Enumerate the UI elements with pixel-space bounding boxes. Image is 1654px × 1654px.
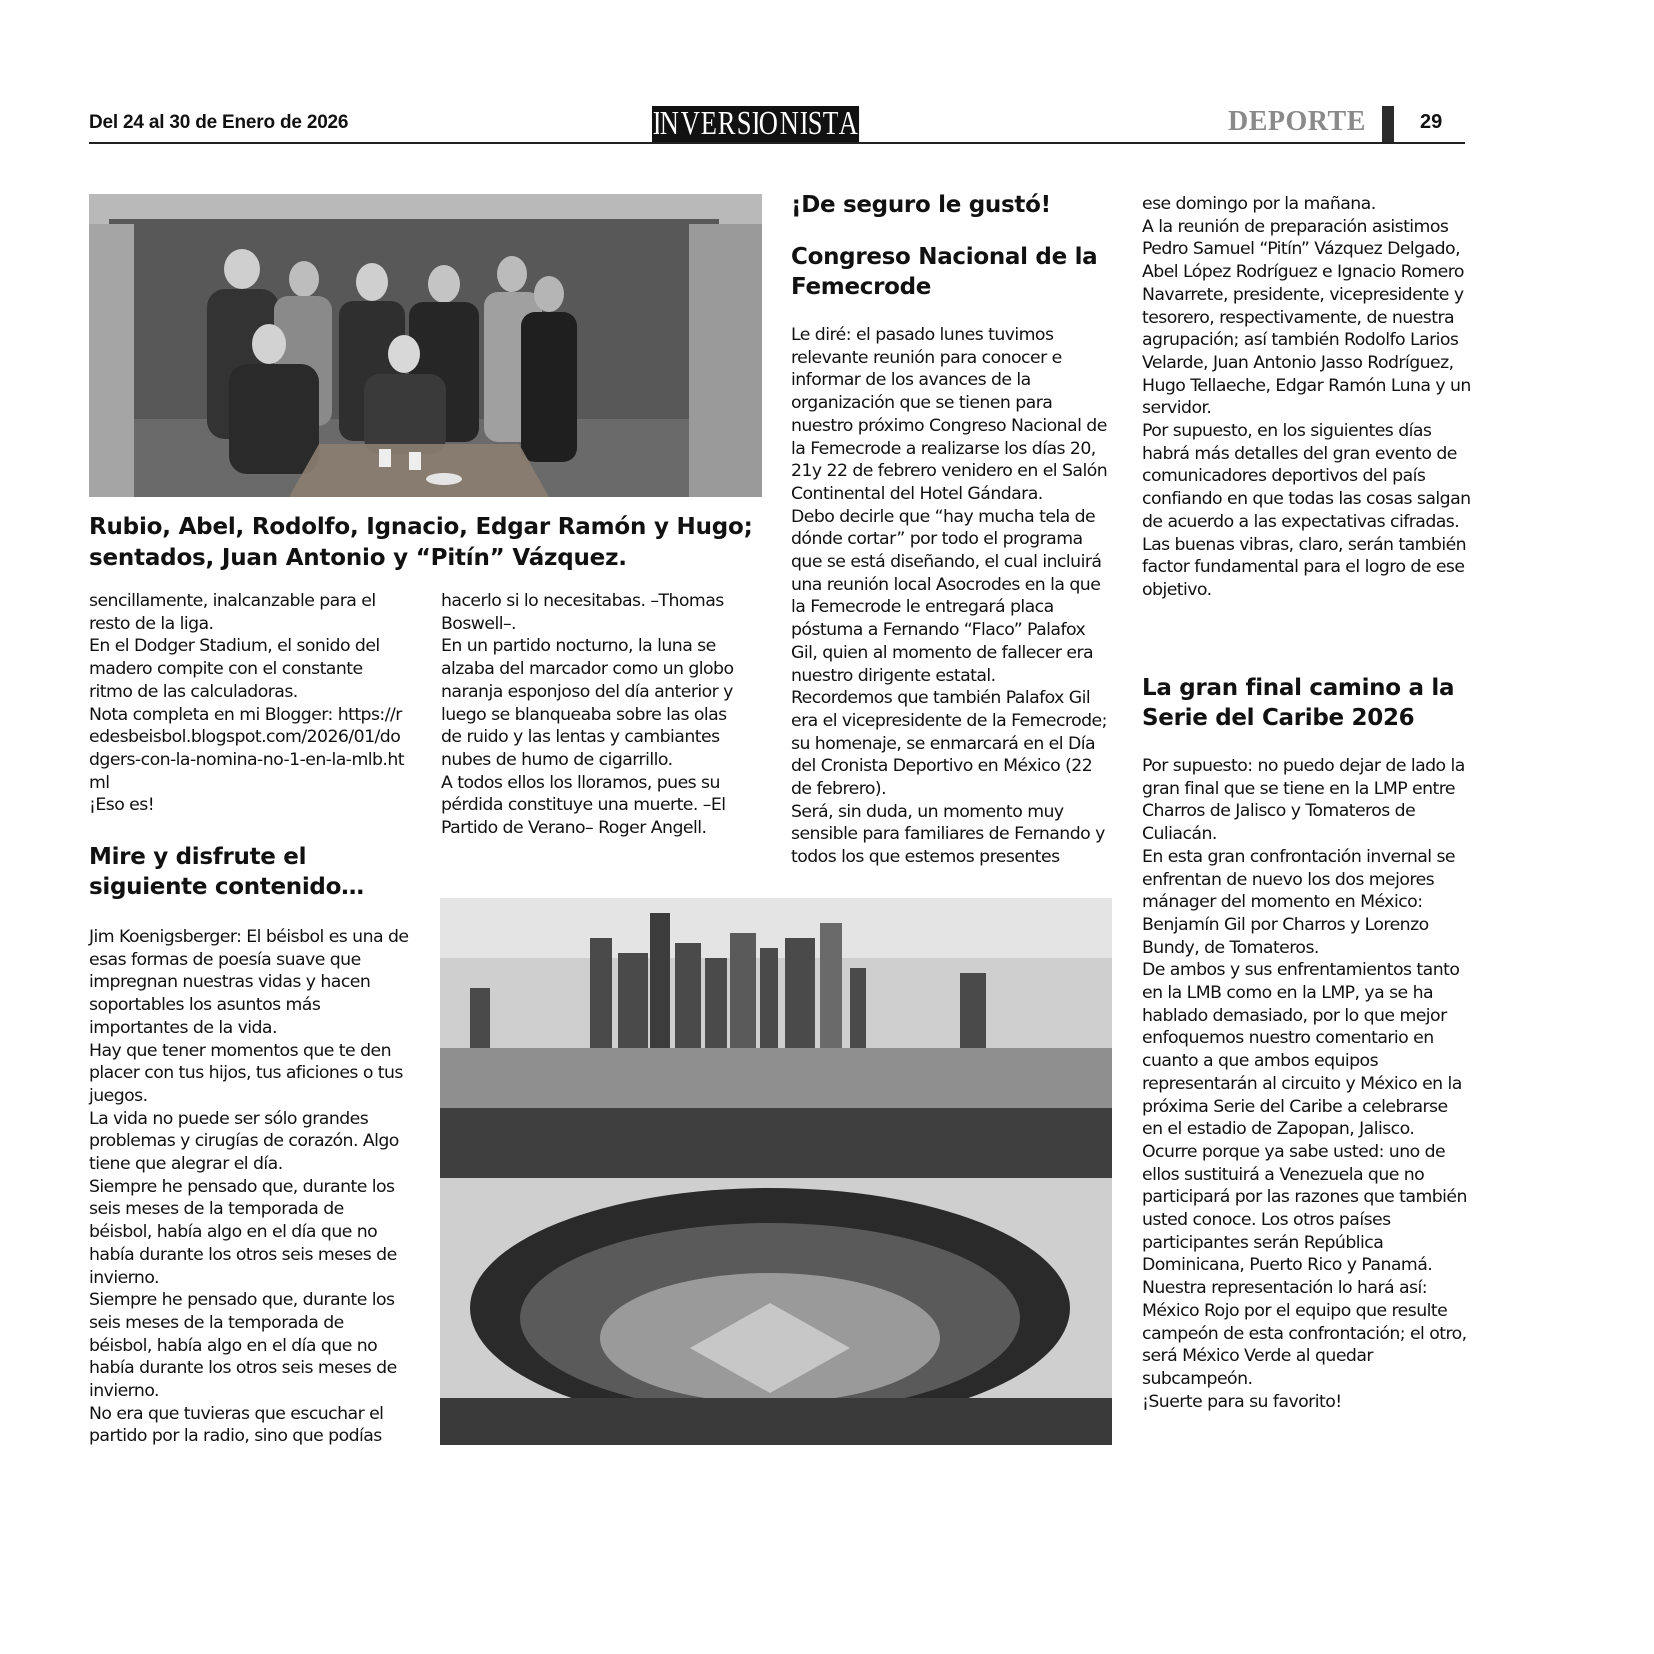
paragraph: Las buenas vibras, claro, serán también …: [1142, 534, 1472, 602]
paragraph: ese domingo por la mañana.: [1142, 193, 1472, 216]
paragraph: Por supuesto, en los siguientes días hab…: [1142, 420, 1472, 534]
paragraph: ¡Suerte para su favorito!: [1142, 1391, 1472, 1414]
article-heading: Mire y disfrute el siguiente contenido…: [89, 842, 429, 902]
paragraph: Ocurre porque ya sabe usted: uno de ello…: [1142, 1141, 1472, 1277]
paragraph: Recordemos que también Palafox Gil era e…: [791, 687, 1116, 801]
stadium-photo-illustration: [440, 898, 1112, 1445]
paragraph: Jim Koenigsberger: El béisbol es una de …: [89, 926, 409, 1040]
masthead-letter: E: [700, 106, 718, 142]
masthead-letter: S: [736, 106, 752, 142]
paragraph: En el Dodger Stadium, el sonido del made…: [89, 635, 409, 703]
masthead-letter: O: [758, 106, 779, 142]
paragraph: hacerlo si lo necesitabas. –Thomas Boswe…: [441, 590, 751, 635]
article-body: Le diré: el pasado lunes tuvimos relevan…: [791, 324, 1116, 869]
group-photo: [89, 194, 762, 497]
article-body: Por supuesto: no puedo dejar de lado la …: [1142, 755, 1472, 1413]
masthead-letter: T: [822, 106, 840, 142]
group-photo-illustration: [89, 194, 762, 497]
masthead-letter: S: [807, 106, 823, 142]
article-congreso-nacional: ¡De seguro le gustó! Congreso Nacional d…: [791, 190, 1121, 869]
issue-date: Del 24 al 30 de Enero de 2026: [89, 112, 348, 134]
masthead-letter: N: [659, 106, 680, 142]
column-4-continuation: ese domingo por la mañana. A la reunión …: [1142, 193, 1472, 602]
paragraph: Debo decirle que “hay mucha tela de dónd…: [791, 506, 1116, 688]
masthead-letter: R: [717, 106, 736, 142]
article-mire-y-disfrute: Mire y disfrute el siguiente contenido… …: [89, 842, 429, 1448]
masthead-logo: INVERSIONISTA: [652, 106, 858, 142]
paragraph: Hay que tener momentos que te den placer…: [89, 1040, 409, 1108]
paragraph: sencillamente, inalcanzable para el rest…: [89, 590, 409, 635]
column-1-continuation: sencillamente, inalcanzable para el rest…: [89, 590, 409, 817]
paragraph: A todos ellos los lloramos, pues su pérd…: [441, 772, 751, 840]
paragraph: Nota completa en mi Blogger: https://red…: [89, 704, 409, 795]
stadium-photo: [440, 898, 1112, 1445]
paragraph: Le diré: el pasado lunes tuvimos relevan…: [791, 324, 1116, 506]
paragraph: Siempre he pensado que, durante los seis…: [89, 1176, 409, 1290]
paragraph: A la reunión de preparación asistimos Pe…: [1142, 216, 1472, 420]
masthead-letter: A: [838, 106, 859, 142]
paragraph: De ambos y sus enfrentamientos tanto en …: [1142, 959, 1472, 1141]
paragraph: Siempre he pensado que, durante los seis…: [89, 1289, 409, 1403]
article-body: Jim Koenigsberger: El béisbol es una de …: [89, 926, 409, 1448]
photo-caption: Rubio, Abel, Rodolfo, Ignacio, Edgar Ram…: [89, 512, 769, 574]
masthead-letter: V: [680, 106, 701, 142]
paragraph: En esta gran confrontación invernal se e…: [1142, 846, 1472, 960]
page-number: 29: [1420, 111, 1442, 134]
paragraph: ¡Eso es!: [89, 794, 409, 817]
section-divider-bar: [1382, 106, 1394, 144]
article-gran-final: La gran final camino a la Serie del Cari…: [1142, 673, 1472, 1413]
paragraph: Por supuesto: no puedo dejar de lado la …: [1142, 755, 1472, 846]
article-kicker: ¡De seguro le gustó!: [791, 190, 1121, 220]
column-2-continuation: hacerlo si lo necesitabas. –Thomas Boswe…: [441, 590, 751, 840]
header-rule: [89, 142, 1465, 144]
paragraph: En un partido nocturno, la luna se alzab…: [441, 635, 751, 771]
masthead-letter: N: [779, 106, 800, 142]
paragraph: La vida no puede ser sólo grandes proble…: [89, 1108, 409, 1176]
paragraph: Será, sin duda, un momento muy sensible …: [791, 801, 1116, 869]
section-name: DEPORTE: [1228, 106, 1366, 138]
paragraph: No era que tuvieras que escuchar el part…: [89, 1403, 409, 1448]
article-heading: Congreso Nacional de la Femecrode: [791, 242, 1121, 302]
article-heading: La gran final camino a la Serie del Cari…: [1142, 673, 1472, 733]
paragraph: Nuestra representación lo hará así: Méxi…: [1142, 1277, 1472, 1391]
